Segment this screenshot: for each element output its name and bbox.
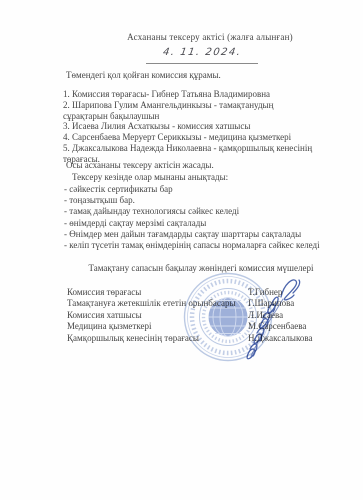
signature-row: Медицина қызметкері М.Сарсенбаева (67, 321, 327, 332)
signatory-role: Комиссия төрағасы (67, 287, 248, 297)
member-item: 3. Исаева Лилия Асхаткызы - комиссия хат… (63, 121, 315, 132)
signatures-heading: Тамақтану сапасын бақылау жөніндегі коми… (40, 263, 362, 273)
signatory-name: Н.Джаксалыкова (248, 333, 327, 343)
signatory-role: Комиссия хатшысы (67, 310, 248, 320)
findings-intro: Тексеру кезінде олар мынаны анықтады: (72, 172, 362, 182)
handwritten-date: 4. 11. 2024. (162, 47, 242, 58)
signature-row: Комиссия хатшысы Л.Исаева (67, 310, 327, 321)
handwritten-date-line: 4. 11. 2024. (146, 42, 258, 64)
member-item: 2. Шарипова Гулим Амангельдинкызы - тама… (63, 100, 315, 122)
signature-row: Тамақтануға жетекшілік ететін орынбасары… (67, 298, 327, 309)
signatory-role: Тамақтануға жетекшілік ететін орынбасары (67, 298, 248, 308)
signatory-role: Қамқоршылық кенесінің төрағасы (67, 333, 248, 343)
member-item: 4. Сарсенбаева Меруерт Сериккызы - медиц… (63, 132, 315, 143)
signatory-name: Т.Гибнер (248, 287, 327, 297)
finding-item: - тоңазытқыш бар. (64, 195, 363, 206)
commission-intro: Төмендегі қол қойған комиссия құрамы. (66, 70, 346, 80)
finding-item: - Өнімдер мен дайын тағамдарды сақтау ша… (64, 229, 363, 240)
signature-row: Қамқоршылық кенесінің төрағасы Н.Джаксал… (67, 333, 327, 344)
finding-item: - өнімдерді сақтау мерзімі сақталады (64, 218, 363, 229)
member-item: 1. Комиссия төрағасы- Гибнер Татьяна Вла… (63, 89, 315, 100)
finding-item: - келіп түсетін тамақ өнімдерінің сапасы… (64, 240, 363, 251)
signatory-name: Г.Шарипова (248, 298, 327, 308)
signature-row: Комиссия төрағасы Т.Гибнер (67, 287, 327, 298)
finding-item: - тамақ дайындау технологиясы сәйкес кел… (64, 206, 363, 217)
document-title: Асхананы тексеру актісі (жалға алынған) (60, 32, 360, 42)
scanned-document-page: Асхананы тексеру актісі (жалға алынған) … (0, 0, 363, 500)
findings-list: - сәйкестік сертификаты бар - тоңазытқыш… (64, 184, 363, 251)
signatory-name: Л.Исаева (248, 310, 327, 320)
signatory-role: Медицина қызметкері (67, 321, 248, 331)
finding-item: - сәйкестік сертификаты бар (64, 184, 363, 195)
commission-members-list: 1. Комиссия төрағасы- Гибнер Татьяна Вла… (63, 89, 315, 165)
act-statement: Осы асхананы тексеру актісін жасады. (66, 160, 356, 170)
signatures-block: Комиссия төрағасы Т.Гибнер Тамақтануға ж… (67, 287, 327, 344)
signatory-name: М.Сарсенбаева (248, 321, 327, 331)
